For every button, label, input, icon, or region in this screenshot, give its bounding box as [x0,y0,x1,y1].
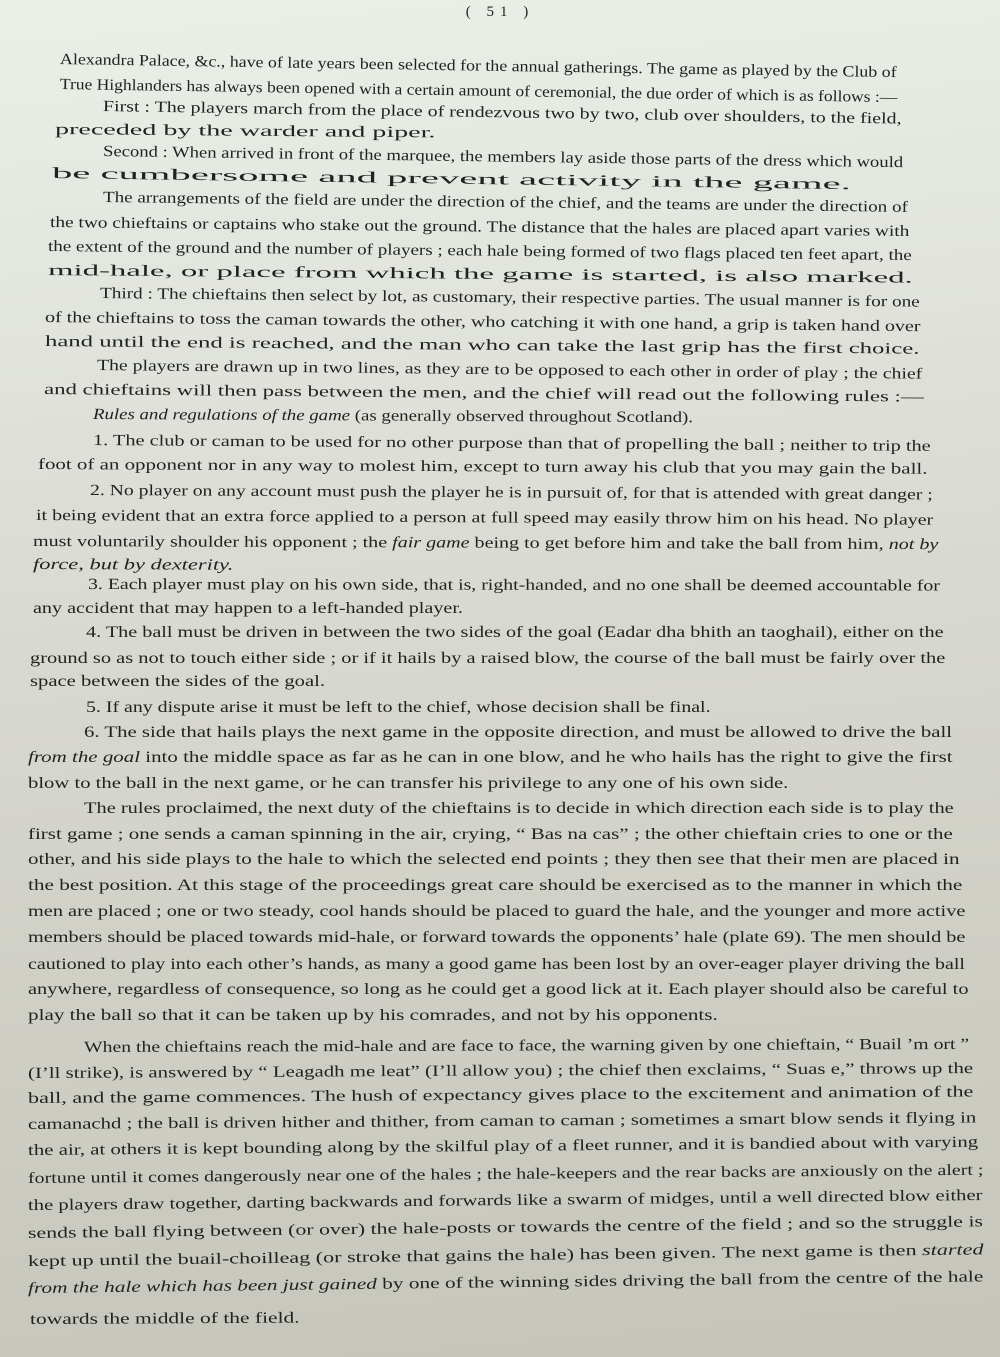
text-line: cautioned to play into each other’s hand… [28,955,965,975]
text-line: Third : The chieftains then select by lo… [100,284,920,313]
text-segment: Third : The chieftains then select by lo… [100,285,920,311]
text-line: The rules proclaimed, the next duty of t… [84,799,954,819]
text-segment: The rules proclaimed, the next duty of t… [84,800,954,817]
text-segment: play the ball so that it can be taken up… [28,1007,718,1024]
text-segment: the two chieftains or captains who stake… [50,214,910,240]
text-segment: it being evident that an extra force app… [36,507,933,529]
text-line: foot of an opponent nor in any way to mo… [38,455,928,480]
text-segment: men are placed ; one or two steady, cool… [28,903,965,920]
text-line: 1. The club or caman to be used for no o… [93,431,931,457]
text-segment: 1. The club or caman to be used for no o… [93,432,931,455]
text-line: and chieftains will then pass between th… [44,380,924,408]
text-segment: 2. No player on any account must push th… [90,482,933,503]
text-segment: by one of the winning sides driving the … [377,1268,984,1292]
text-segment: cautioned to play into each other’s hand… [28,956,965,973]
book-page: ( 51 ) Alexandra Palace, &c., have of la… [0,0,1000,1357]
text-line: sends the ball flying between (or over) … [28,1212,983,1244]
text-segment: 5. If any dispute arise it must be left … [86,699,711,716]
text-line: 6. The side that hails plays the next ga… [84,723,952,743]
text-segment: anywhere, regardless of consequence, so … [28,981,968,998]
text-segment: (I’ll strike), is answered by “ Leagadh … [28,1060,973,1082]
text-line: 4. The ball must be driven in between th… [86,623,944,643]
text-line: first game ; one sends a caman spinning … [28,825,953,845]
text-segment: of the chieftains to toss the caman towa… [45,309,921,335]
text-segment: other, and his side plays to the hale to… [28,851,959,868]
italic-text: fair game [392,534,469,551]
text-line: When the chieftains reach the mid-hale a… [84,1035,969,1058]
text-line: men are placed ; one or two steady, cool… [28,902,965,922]
text-line: other, and his side plays to the hale to… [28,850,959,870]
text-segment: When the chieftains reach the mid-hale a… [84,1036,969,1056]
italic-text: Rules and regulations of the game [93,406,350,424]
text-line: ground so as not to touch either side ; … [30,649,945,669]
text-segment: 4. The ball must be driven in between th… [86,624,944,641]
text-line: the players draw together, darting backw… [28,1186,983,1216]
text-segment: ground so as not to touch either side ; … [30,650,945,667]
text-line: any accident that may happen to a left-h… [33,599,463,619]
text-segment: 6. The side that hails plays the next ga… [84,724,952,741]
text-segment: sends the ball flying between (or over) … [28,1213,983,1242]
text-line: preceded by the warder and piper. [55,120,436,143]
text-segment: camanachd ; the ball is driven hither an… [28,1109,976,1133]
text-segment: first game ; one sends a caman spinning … [28,826,953,843]
page-number: ( 51 ) [0,4,1000,21]
text-segment: blow to the ball in the next game, or he… [28,775,788,792]
text-line: camanachd ; the ball is driven hither an… [28,1108,976,1135]
text-line: 5. If any dispute arise it must be left … [86,698,711,718]
text-line: kept up until the buail-choilleag (or st… [28,1240,984,1272]
italic-text: from the goal [28,749,140,766]
text-line: the best position. At this stage of the … [28,876,962,896]
text-line: the air, at others it is kept bounding a… [28,1133,978,1161]
text-segment: 3. Each player must play on his own side… [88,576,940,594]
text-segment: the players draw together, darting backw… [28,1187,983,1214]
text-segment: members should be placed towards mid-hal… [28,929,965,946]
text-segment: space between the sides of the goal. [30,673,325,690]
text-line: blow to the ball in the next game, or he… [28,774,788,794]
text-line: ball, and the game commences. The hush o… [28,1082,974,1109]
text-segment: the air, at others it is kept bounding a… [28,1134,978,1159]
text-line: hand until the end is reached, and the m… [45,332,920,360]
text-line: play the ball so that it can be taken up… [28,1006,718,1026]
italic-text: started [922,1241,984,1259]
text-line: space between the sides of the goal. [30,672,325,692]
text-segment: being to get before him and take the bal… [470,535,889,553]
text-segment: the extent of the ground and the number … [48,238,912,264]
text-segment: The players are drawn up in two lines, a… [97,357,922,383]
italic-text: force, but by dexterity. [33,556,233,574]
text-line: must voluntarily shoulder his opponent ;… [33,532,938,555]
text-line: 2. No player on any account must push th… [90,481,933,505]
text-line: anywhere, regardless of consequence, so … [28,980,968,1000]
text-line: from the hale which has been just gained… [28,1267,984,1299]
text-line: it being evident that an extra force app… [36,506,933,531]
text-segment: fortune until it comes dangerously near … [28,1162,984,1187]
text-segment: foot of an opponent nor in any way to mo… [38,456,928,478]
text-line: members should be placed towards mid-hal… [28,928,965,948]
text-line: force, but by dexterity. [33,555,233,576]
text-segment: the best position. At this stage of the … [28,877,962,894]
italic-text: from the hale which has been just gained [28,1276,377,1297]
text-segment: preceded by the warder and piper. [55,121,436,141]
text-segment: mid-hale, or place from which the game i… [48,262,913,287]
text-segment: ball, and the game commences. The hush o… [28,1083,973,1107]
text-segment: hand until the end is reached, and the m… [45,333,920,358]
text-line: (I’ll strike), is answered by “ Leagadh … [28,1059,973,1084]
text-line: The players are drawn up in two lines, a… [97,356,922,385]
text-segment: (as generally observed throughout Scotla… [350,407,693,426]
text-segment: any accident that may happen to a left-h… [33,600,463,617]
text-line: 3. Each player must play on his own side… [88,575,940,596]
text-segment: kept up until the buail-choilleag (or st… [28,1242,922,1270]
text-line: fortune until it comes dangerously near … [28,1161,984,1189]
text-line: towards the middle of the field. [30,1309,300,1330]
text-segment: into the middle space as far as he can i… [140,749,953,766]
text-line: Rules and regulations of the game (as ge… [93,405,693,428]
text-segment: towards the middle of the field. [30,1310,300,1328]
text-line: from the goal into the middle space as f… [28,748,953,768]
text-segment: and chieftains will then pass between th… [44,381,924,406]
italic-text: not by [889,536,939,553]
text-segment: must voluntarily shoulder his opponent ;… [33,533,392,551]
